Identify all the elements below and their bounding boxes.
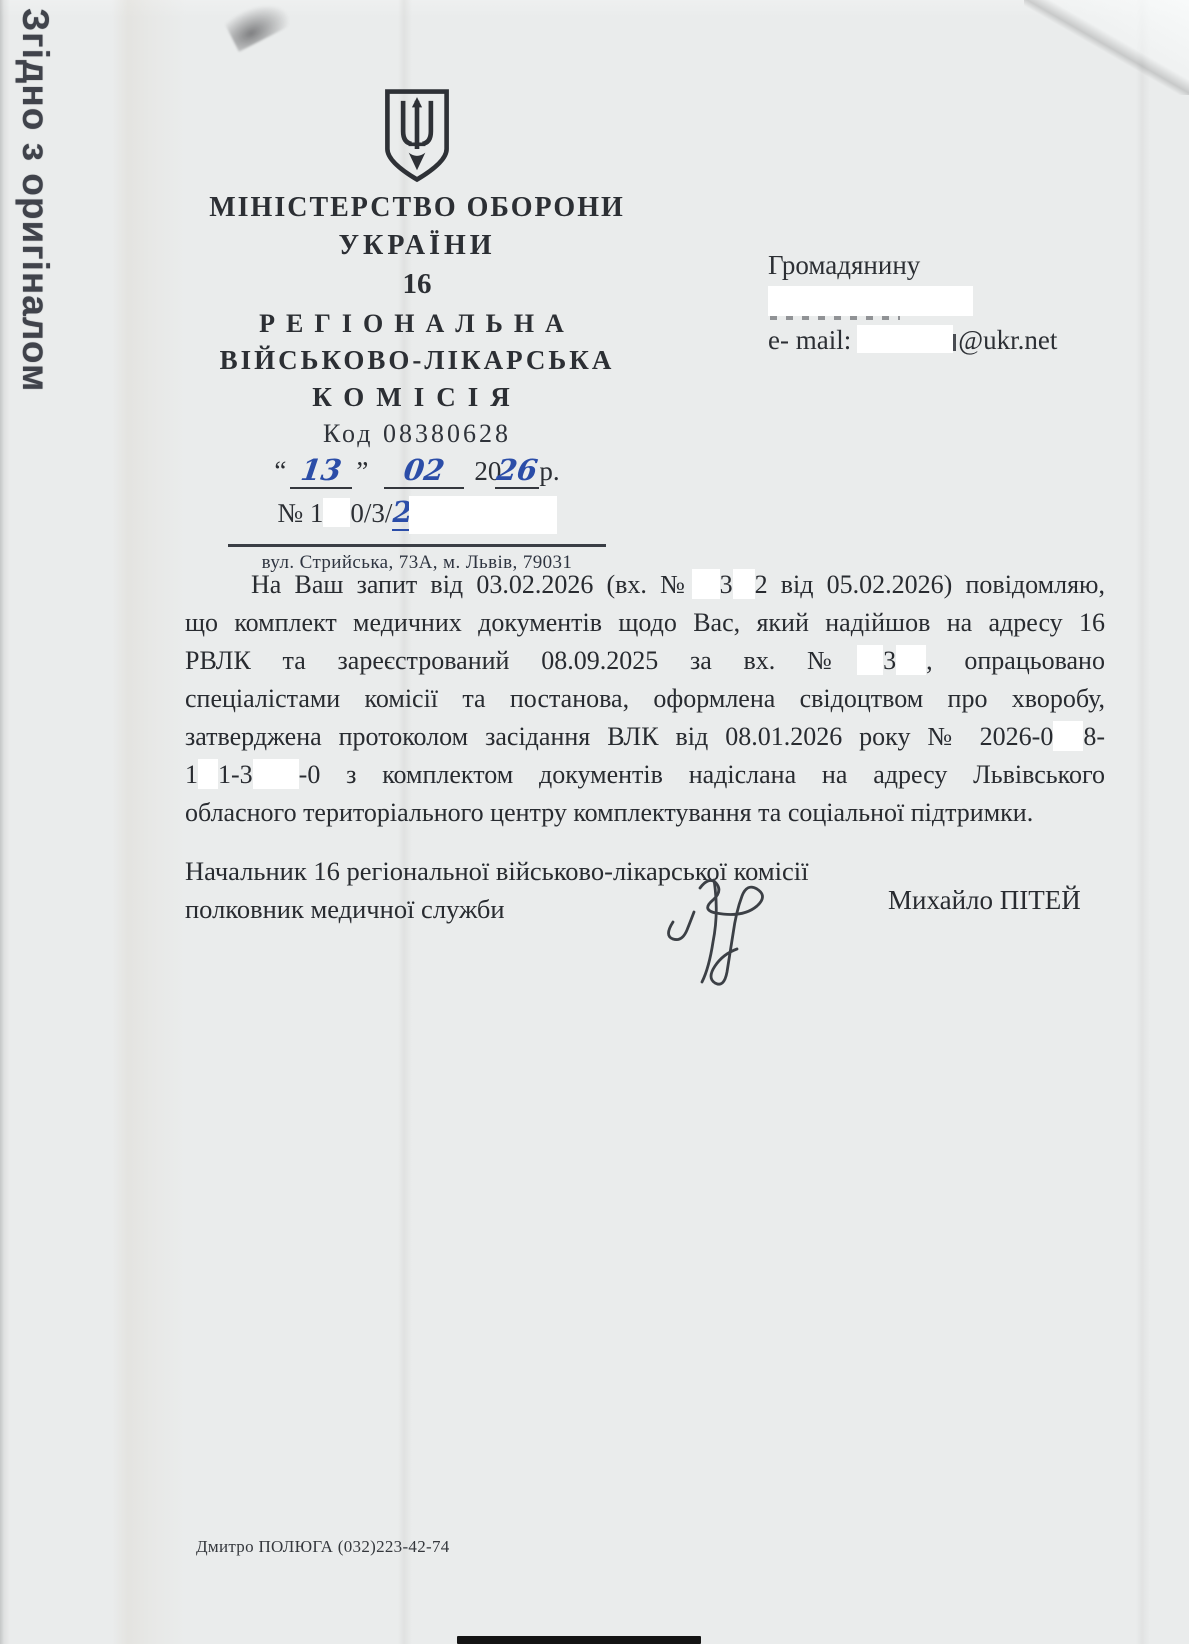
recipient-block: Громадянину e- mail:@ukr.net [768,250,1128,356]
letter-body: На Ваш запит від 03.02.2026 (вх. №32 від… [185,566,1105,832]
scanned-letter-page: Згідно з оригіналом МІНІСТЕРСТВО ОБОРОНИ… [0,0,1189,1644]
body-text: -0 з комплектом документів надіслана на … [299,760,1105,789]
body-text: , опрацьовано [926,646,1105,675]
body-line-1: На Ваш запит від 03.02.2026 (вх. №32 від… [185,566,1105,604]
redacted-letter-remnant [953,334,956,351]
ukraine-trident-emblem [380,86,454,186]
body-text: 1 [185,760,198,789]
letterhead: МІНІСТЕРСТВО ОБОРОНИ УКРАЇНИ 16 РЕГІОНАЛ… [180,86,654,574]
ink-smudge [224,0,293,52]
redaction-box [323,498,350,527]
body-line-6: 11-3-0 з комплектом документів надіслана… [185,756,1105,794]
copy-certification-stamp: Згідно з оригіналом [14,8,56,392]
body-text: 3 [720,570,733,599]
org-code: Код 08380628 [180,419,654,449]
body-line-7: обласного територіального центру комплек… [185,794,1105,832]
quote-open: “ [274,456,286,486]
redaction-box [198,759,218,789]
email-label: e- mail: [768,325,851,355]
handwritten-day: 13 [299,453,344,487]
body-text: На Ваш запит від 03.02.2026 (вх. № [251,570,692,599]
signatory-name: Михайло ПІТЕЙ [888,885,1081,916]
recipient-email-line: e- mail:@ukr.net [768,325,1128,356]
date-month-field: 02 [384,453,464,489]
body-text: 8- [1083,722,1105,751]
document-number-line: № 10/3/2 [180,495,654,534]
body-line-5: затверджена протоколом засідання ВЛК від… [185,718,1105,756]
redaction-box [409,496,557,534]
signatory-title-line1: Начальник 16 регіональної військово-ліка… [185,852,885,890]
redacted-text-remnants [770,316,900,320]
executor-contact: Дмитро ПОЛЮГА (032)223-42-74 [196,1537,450,1557]
date-year-field: 26 [495,453,539,489]
body-text: спеціалістами комісії та постанова, офор… [185,684,1105,713]
body-text: 2 від 05.02.2026) повідомляю, [755,570,1105,599]
commission-name-line1: РЕГІОНАЛЬНА [180,309,654,339]
ministry-name-line1: МІНІСТЕРСТВО ОБОРОНИ [180,192,654,224]
docno-mid: 0/3/ [350,498,392,528]
recipient-salutation: Громадянину [768,250,1128,281]
docno-prefix: № 1 [277,498,323,528]
handwritten-signature [645,858,780,1008]
handwritten-month: 02 [402,453,447,487]
commission-number: 16 [180,268,654,301]
body-line-3: РВЛК та зареєстрований 08.09.2025 за вх.… [185,642,1105,680]
quote-close: ” [356,456,368,486]
body-text: 1-3 [218,760,253,789]
body-line-4: спеціалістами комісії та постанова, офор… [185,680,1105,718]
redaction-box [692,569,720,599]
body-text: 3 [883,646,896,675]
handwritten-year: 26 [495,453,540,487]
body-line-2: що комплект медичних документів щодо Вас… [185,604,1105,642]
scan-edge-artifact [457,1636,701,1644]
page-fold-corner [1024,0,1189,95]
date-day-field: 13 [290,453,352,489]
redaction-box-recipient-name [768,286,973,316]
body-text: що комплект медичних документів щодо Вас… [185,608,1105,637]
redaction-box [1053,721,1083,751]
body-text: обласного територіального центру комплек… [185,798,1033,827]
redaction-box [733,569,755,599]
document-date-line: “13”022026р. [180,453,654,489]
redaction-box [253,759,299,789]
redaction-box-email [857,325,953,353]
redaction-box [857,645,883,675]
commission-name-line2: ВІЙСЬКОВО-ЛІКАРСЬКА [180,345,654,376]
signatory-titles: Начальник 16 регіональної військово-ліка… [185,852,885,928]
commission-name-line3: КОМІСІЯ [180,382,654,413]
body-text: затверджена протоколом засідання ВЛК від… [185,722,1053,751]
body-text: РВЛК та зареєстрований 08.09.2025 за вх.… [185,646,857,675]
redaction-box [896,645,926,675]
ministry-name-line2: УКРАЇНИ [180,230,654,262]
letterhead-divider [228,544,606,547]
year-suffix: р. [539,456,559,486]
signatory-title-line2: полковник медичної служби [185,890,885,928]
email-domain: @ukr.net [958,325,1057,355]
